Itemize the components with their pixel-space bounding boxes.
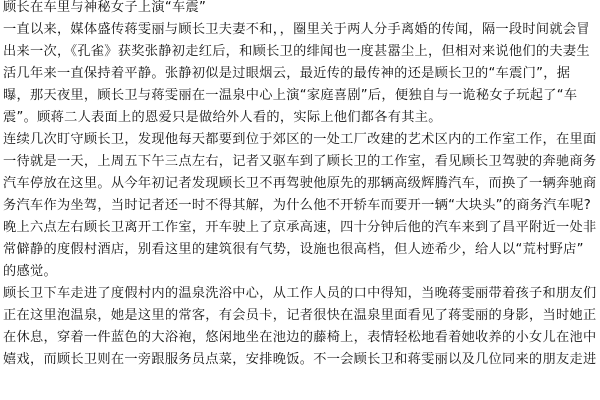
article-line: 出来一次，《孔雀》获奖张静初走红后，和顾长卫的绯闻也一度甚嚣尘上，但相对来说他们… [3,41,590,63]
article-title: 顾长在车里与神秘女子上演“车震” [3,0,206,19]
article-line: 一直以来，媒体盛传蒋雯丽与顾长卫夫妻不和，，圈里关于两人分手离婚的传闻，隔一段时… [3,19,590,41]
article-line: 的感觉。 [3,261,57,283]
article-line: 汽车停放在这里。从今年初记者发现顾长卫不再驾驶他原先的那辆高级辉腾汽车，而换了一… [3,173,596,195]
article-line: 晚上六点左右顾长卫离开工作室，开车驶上了京承高速，四十分钟后他的汽车来到了昌平附… [3,217,596,239]
article-line: 嬉戏，而顾长卫则在一旁跟服务员点菜，安排晚饭。不一会顾长卫和蒋雯丽以及几位同来的… [3,349,596,371]
article-line: 活几年来一直保持着平静。张静初似是过眼烟云，最近传的最传神的还是顾长卫的“车震门… [3,63,570,85]
article-line: 连续几次盯守顾长卫，发现他每天都要到位于郊区的一处工厂改建的艺术区内的工作室工作… [3,129,596,151]
article-line: 正在这里泡温泉，她是这里的常客，有会员卡，记者很快在温泉里面看见了蒋雯丽的身影，… [3,305,596,327]
article-line: 震”。顾蒋二人表面上的恩爱只是做给外人看的，实际上他们都各有其主。 [3,107,442,129]
article-line: 常僻静的度假村酒店，别看这里的建筑很有气势，设施也很高档，但人迹希少，给人以“荒… [3,239,584,261]
article-line: 曝，那天夜里，顾长卫与蒋雯丽在一温泉中心上演“家庭喜剧”后，便独自与一诡秘女子玩… [3,85,577,107]
article-line: 顾长卫下车走进了度假村内的温泉洗浴中心，从工作人员的口中得知，当晚蒋雯丽带着孩子… [3,283,596,305]
article-line: 在休息，穿着一件蓝色的大浴袍，悠闲地坐在池边的藤椅上，表情轻松地看着她收养的小女… [3,327,596,349]
article-body: 顾长在车里与神秘女子上演“车震” 一直以来，媒体盛传蒋雯丽与顾长卫夫妻不和，，圈… [0,0,600,400]
article-line: 务汽车作为坐驾，当时记者还一时不得其解，为什么他不开轿车而要开一辆“大块头”的商… [3,195,591,217]
article-line: 一待就是一天，上周五下午三点左右，记者又驱车到了顾长卫的工作室，看见顾长卫驾驶的… [3,151,596,173]
